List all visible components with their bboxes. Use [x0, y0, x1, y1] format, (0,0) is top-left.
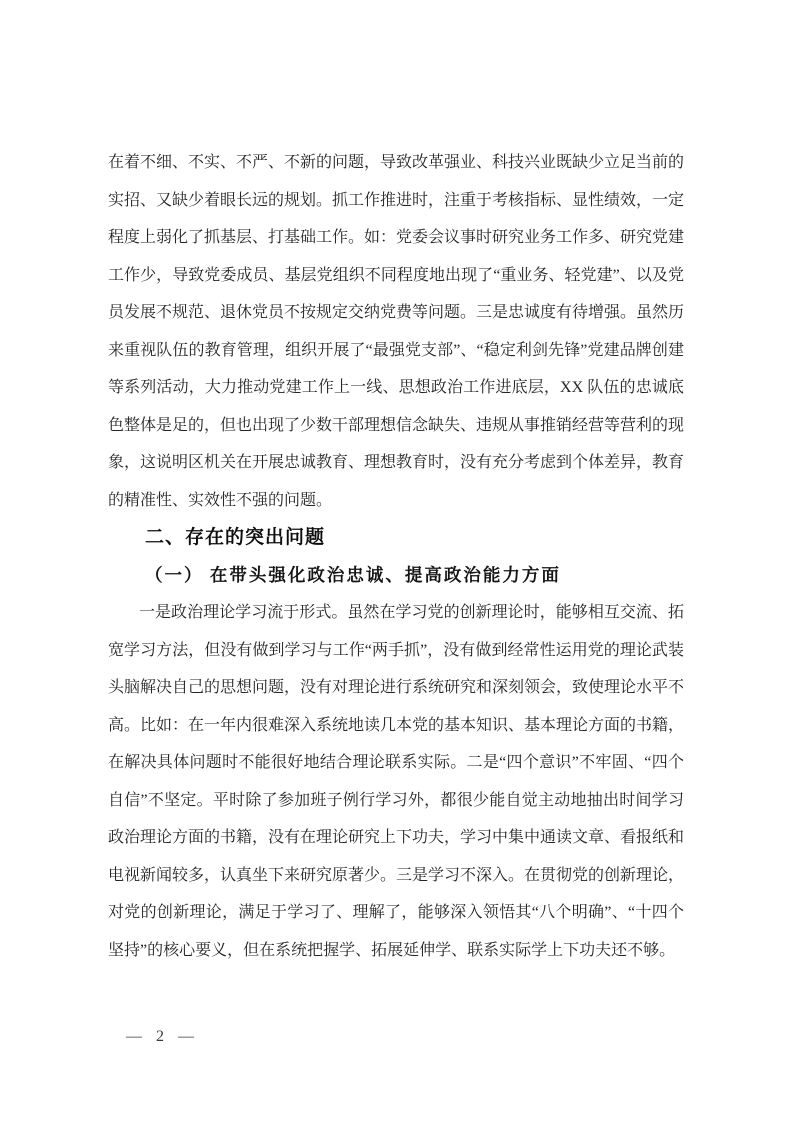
paragraph-continuation: 在着不细、不实、不严、不新的问题，导致改革强业、科技兴业既缺少立足当前的实招、又…	[108, 144, 684, 519]
document-page: 在着不细、不实、不严、不新的问题，导致改革强业、科技兴业既缺少立足当前的实招、又…	[0, 0, 793, 1122]
paragraph-body: 一是政治理论学习流于形式。虽然在学习党的创新理论时，能够相互交流、拓宽学习方法，…	[108, 594, 684, 969]
section-heading: 二、存在的突出问题	[108, 519, 684, 557]
page-number: — 2 —	[126, 1028, 199, 1046]
subsection-heading: （一） 在带头强化政治忠诚、提高政治能力方面	[108, 557, 684, 595]
document-body: 在着不细、不实、不严、不新的问题，导致改革强业、科技兴业既缺少立足当前的实招、又…	[108, 144, 684, 969]
